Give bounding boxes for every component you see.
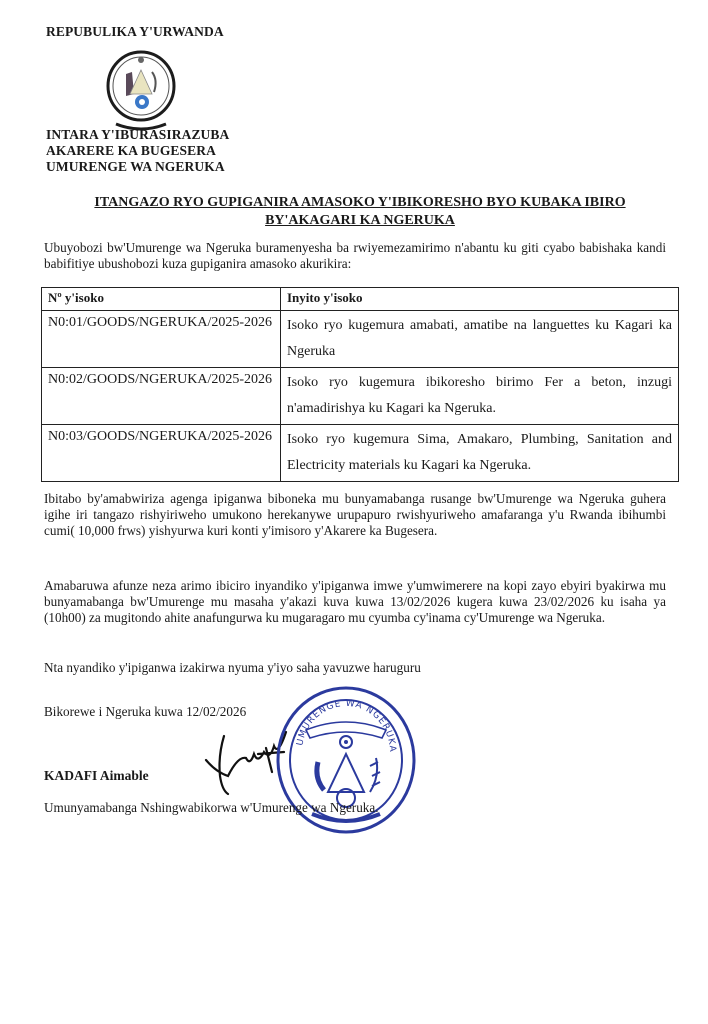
rwanda-coat-of-arms-icon [86, 44, 196, 136]
lot-description: Isoko ryo kugemura ibikoresho birimo Fer… [281, 368, 679, 425]
lot-description: Isoko ryo kugemura Sima, Amakaro, Plumbi… [281, 425, 679, 482]
signatory-name: KADAFI Aimable [44, 768, 149, 784]
table-row: N0:01/GOODS/NGERUKA/2025-2026 Isoko ryo … [42, 311, 679, 368]
announcement-title-line2: BY'AKAGARI KA NGERUKA [40, 212, 680, 229]
lot-number: N0:02/GOODS/NGERUKA/2025-2026 [42, 368, 281, 425]
svg-text:UMURENGE WA NGERUKA: UMURENGE WA NGERUKA [295, 699, 397, 753]
lot-description: Isoko ryo kugemura amabati, amatibe na l… [281, 311, 679, 368]
tender-documents-paragraph: Ibitabo by'amabwiriza agenga ipiganwa bi… [44, 491, 666, 539]
signatory-title: Umunyamabanga Nshingwabikorwa w'Umurenge… [44, 800, 464, 816]
lot-number: N0:03/GOODS/NGERUKA/2025-2026 [42, 425, 281, 482]
submission-paragraph: Amabaruwa afunze neza arimo ibiciro inya… [44, 578, 666, 626]
stamp-text: UMURENGE WA NGERUKA [295, 699, 397, 753]
table-row: N0:03/GOODS/NGERUKA/2025-2026 Isoko ryo … [42, 425, 679, 482]
tender-lots-table: Nº y'isoko Inyito y'isoko N0:01/GOODS/NG… [41, 287, 679, 482]
sector-name: UMURENGE WA NGERUKA [46, 159, 225, 175]
late-submission-notice: Nta nyandiko y'ipiganwa izakirwa nyuma y… [44, 660, 666, 676]
intro-paragraph: Ubuyobozi bw'Umurenge wa Ngeruka buramen… [44, 240, 666, 272]
district-name: AKARERE KA BUGESERA [46, 143, 216, 159]
country-name: REPUBULIKA Y'URWANDA [46, 24, 224, 40]
lot-number: N0:01/GOODS/NGERUKA/2025-2026 [42, 311, 281, 368]
announcement-title-line1: ITANGAZO RYO GUPIGANIRA AMASOKO Y'IBIKOR… [40, 194, 680, 211]
table-row: N0:02/GOODS/NGERUKA/2025-2026 Isoko ryo … [42, 368, 679, 425]
province-name: INTARA Y'IBURASIRAZUBA [46, 127, 229, 143]
table-header-row: Nº y'isoko Inyito y'isoko [42, 288, 679, 311]
header-lot-description: Inyito y'isoko [281, 288, 679, 311]
header-lot-number: Nº y'isoko [42, 288, 281, 311]
